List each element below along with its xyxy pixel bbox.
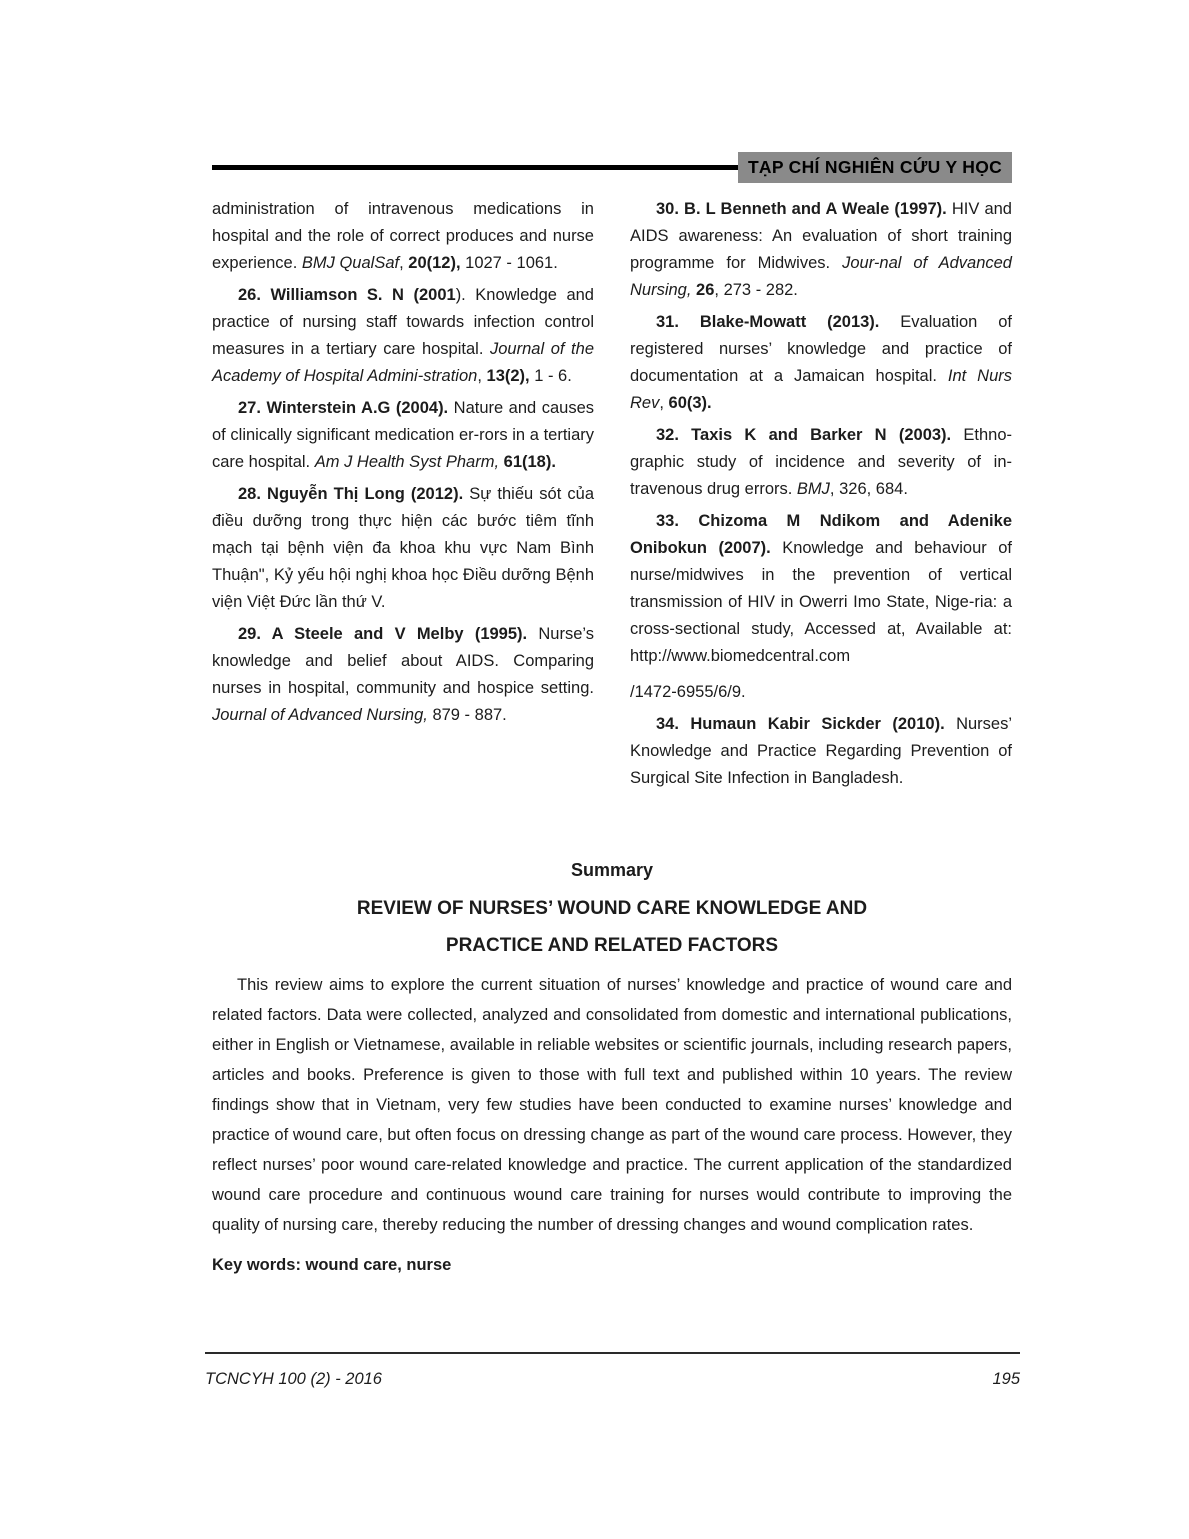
reference-paragraph: administration of intravenous medication… xyxy=(212,196,594,277)
reference-text-segment: Knowledge and behaviour of nurse/midwive… xyxy=(630,539,1012,665)
reference-text-segment: 31. Blake-Mowatt (2013). xyxy=(656,313,879,331)
reference-text-segment: Journal of Advanced Nursing, xyxy=(212,706,428,724)
reference-paragraph: 30. B. L Benneth and A Weale (1997). HIV… xyxy=(630,196,1012,304)
page-footer: TCNCYH 100 (2) - 2016 195 xyxy=(205,1352,1020,1389)
reference-text-segment: 1 - 6. xyxy=(530,367,572,385)
reference-paragraph: 29. A Steele and V Melby (1995). Nurse’s… xyxy=(212,621,594,729)
page-header: TẠP CHÍ NGHIÊN CỨU Y HỌC xyxy=(212,152,1012,183)
reference-text-segment: 34. Humaun Kabir Sickder (2010). xyxy=(656,715,945,733)
reference-text-segment: Sự thiếu sót của điều dưỡng trong thực h… xyxy=(212,485,594,611)
references-right-column: 30. B. L Benneth and A Weale (1997). HIV… xyxy=(630,196,1012,797)
reference-text-segment: BMJ xyxy=(797,480,830,498)
reference-paragraph: /1472-6955/6/9. xyxy=(630,679,1012,706)
header-rule xyxy=(212,165,738,170)
reference-text-segment: /1472-6955/6/9. xyxy=(630,683,746,701)
reference-text-segment: , xyxy=(399,254,408,272)
reference-text-segment: , 326, 684. xyxy=(830,480,908,498)
reference-text-segment: 29. A Steele and V Melby (1995). xyxy=(238,625,527,643)
reference-paragraph: 32. Taxis K and Barker N (2003). Ethno-g… xyxy=(630,422,1012,503)
reference-text-segment: 20(12), xyxy=(408,254,460,272)
reference-paragraph: 34. Humaun Kabir Sickder (2010). Nurses’… xyxy=(630,711,1012,792)
summary-body: This review aims to explore the current … xyxy=(212,970,1012,1240)
reference-paragraph: 27. Winterstein A.G (2004). Nature and c… xyxy=(212,395,594,476)
summary-title-line-2: PRACTICE AND RELATED FACTORS xyxy=(212,927,1012,964)
reference-text-segment: , 273 - 282. xyxy=(714,281,797,299)
summary-heading: Summary xyxy=(212,856,1012,884)
reference-text-segment: BMJ QualSaf xyxy=(302,254,399,272)
reference-text-segment: 32. Taxis K and Barker N (2003). xyxy=(656,426,951,444)
reference-text-segment: 61(18). xyxy=(504,453,556,471)
reference-text-segment: 13(2), xyxy=(487,367,530,385)
summary-title-line-1: REVIEW OF NURSES’ WOUND CARE KNOWLEDGE A… xyxy=(212,890,1012,927)
reference-text-segment: , xyxy=(659,394,668,412)
reference-paragraph: 31. Blake-Mowatt (2013). Evaluation of r… xyxy=(630,309,1012,417)
journal-volume-reference: TCNCYH 100 (2) - 2016 xyxy=(205,1370,382,1389)
reference-text-segment: , xyxy=(477,367,486,385)
reference-text-segment: 26 xyxy=(696,281,714,299)
reference-paragraph: 26. Williamson S. N (2001). Knowledge an… xyxy=(212,282,594,390)
reference-paragraph: 33. Chizoma M Ndikom and Adenike Oniboku… xyxy=(630,508,1012,670)
reference-text-segment: 1027 - 1061. xyxy=(461,254,558,272)
footer-rule xyxy=(205,1352,1020,1354)
reference-text-segment: 26. Williamson S. N (2001 xyxy=(238,286,456,304)
reference-text-segment: Am J Health Syst Pharm, xyxy=(315,453,499,471)
keywords-line: Key words: wound care, nurse xyxy=(212,1256,1012,1275)
references-left-column: administration of intravenous medication… xyxy=(212,196,594,797)
reference-text-segment: 879 - 887. xyxy=(428,706,507,724)
journal-page: TẠP CHÍ NGHIÊN CỨU Y HỌC administration … xyxy=(0,0,1189,1539)
reference-paragraph: 28. Nguyễn Thị Long (2012). Sự thiếu sót… xyxy=(212,481,594,616)
summary-section: Summary REVIEW OF NURSES’ WOUND CARE KNO… xyxy=(212,856,1012,1275)
reference-text-segment: 27. Winterstein A.G (2004). xyxy=(238,399,448,417)
reference-text-segment: 28. Nguyễn Thị Long (2012). xyxy=(238,485,463,503)
journal-title-banner: TẠP CHÍ NGHIÊN CỨU Y HỌC xyxy=(738,152,1012,183)
references-section: administration of intravenous medication… xyxy=(212,196,1012,797)
reference-text-segment: 30. B. L Benneth and A Weale (1997). xyxy=(656,200,947,218)
page-number: 195 xyxy=(992,1370,1020,1389)
reference-text-segment: 60(3). xyxy=(669,394,712,412)
